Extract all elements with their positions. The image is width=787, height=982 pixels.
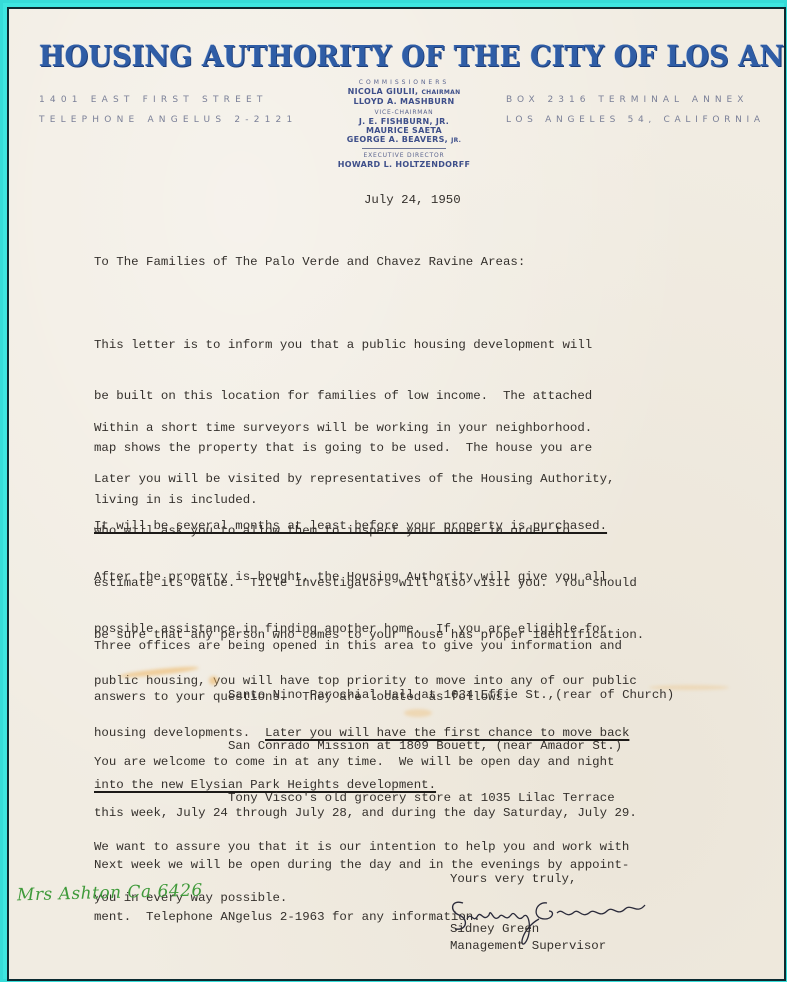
text-line: You are welcome to come in at any time. … bbox=[94, 754, 637, 771]
salutation: To The Families of The Palo Verde and Ch… bbox=[94, 254, 525, 271]
letterhead-street-address: 1401 EAST FIRST STREET bbox=[39, 95, 268, 105]
office-location: Santo Nino Parochial Hall at 1034 Effie … bbox=[228, 687, 674, 704]
text-line: We want to assure you that it is our int… bbox=[94, 839, 629, 856]
commissioner-vice-chairman: J. E. FISHBURN, JR. bbox=[319, 117, 489, 126]
closing: Yours very truly, bbox=[450, 871, 576, 888]
underlined-text: It will be several months at least befor… bbox=[94, 519, 607, 533]
divider bbox=[362, 148, 446, 149]
chairman-role: CHAIRMAN bbox=[421, 89, 460, 96]
member-suffix: JR. bbox=[451, 137, 461, 144]
letterhead-city: LOS ANGELES 54, CALIFORNIA bbox=[506, 115, 765, 125]
commissioner-member: GEORGE A. BEAVERS, JR. bbox=[319, 135, 489, 145]
member-name: GEORGE A. BEAVERS, bbox=[347, 135, 448, 144]
letterhead-po-box: BOX 2316 TERMINAL ANNEX bbox=[506, 95, 748, 105]
text-line: Within a short time surveyors will be wo… bbox=[94, 420, 644, 437]
commissioner-chairman: NICOLA GIULII, CHAIRMAN bbox=[319, 87, 489, 97]
commissioners-heading: COMMISSIONERS bbox=[319, 78, 489, 87]
text-line: This letter is to inform you that a publ… bbox=[94, 337, 592, 354]
commissioners-block: COMMISSIONERS NICOLA GIULII, CHAIRMAN LL… bbox=[319, 78, 489, 169]
executive-director: HOWARD L. HOLTZENDORFF bbox=[319, 160, 489, 169]
letter-page: HOUSING AUTHORITY OF THE CITY OF LOS ANG… bbox=[7, 7, 786, 981]
paper-stain bbox=[209, 676, 218, 685]
text-line: It will be several months at least befor… bbox=[94, 518, 637, 535]
commissioner-member: LLOYD A. MASHBURN bbox=[319, 97, 489, 106]
chairman-name: NICOLA GIULII, bbox=[348, 87, 419, 96]
executive-director-heading: EXECUTIVE DIRECTOR bbox=[319, 151, 489, 160]
commissioner-member: MAURICE SAETA bbox=[319, 126, 489, 135]
letterhead-telephone: TELEPHONE ANGELUS 2-2121 bbox=[39, 115, 297, 125]
text-line: After the property is bought, the Housin… bbox=[94, 569, 637, 586]
letter-date: July 24, 1950 bbox=[364, 192, 461, 209]
signer-name: Sidney Green bbox=[450, 921, 539, 938]
letterhead-title: HOUSING AUTHORITY OF THE CITY OF LOS ANG… bbox=[39, 39, 727, 73]
vice-chairman-heading: VICE-CHAIRMAN bbox=[319, 108, 489, 117]
signer-title: Management Supervisor bbox=[450, 938, 606, 955]
image-frame: HOUSING AUTHORITY OF THE CITY OF LOS ANG… bbox=[0, 0, 787, 982]
